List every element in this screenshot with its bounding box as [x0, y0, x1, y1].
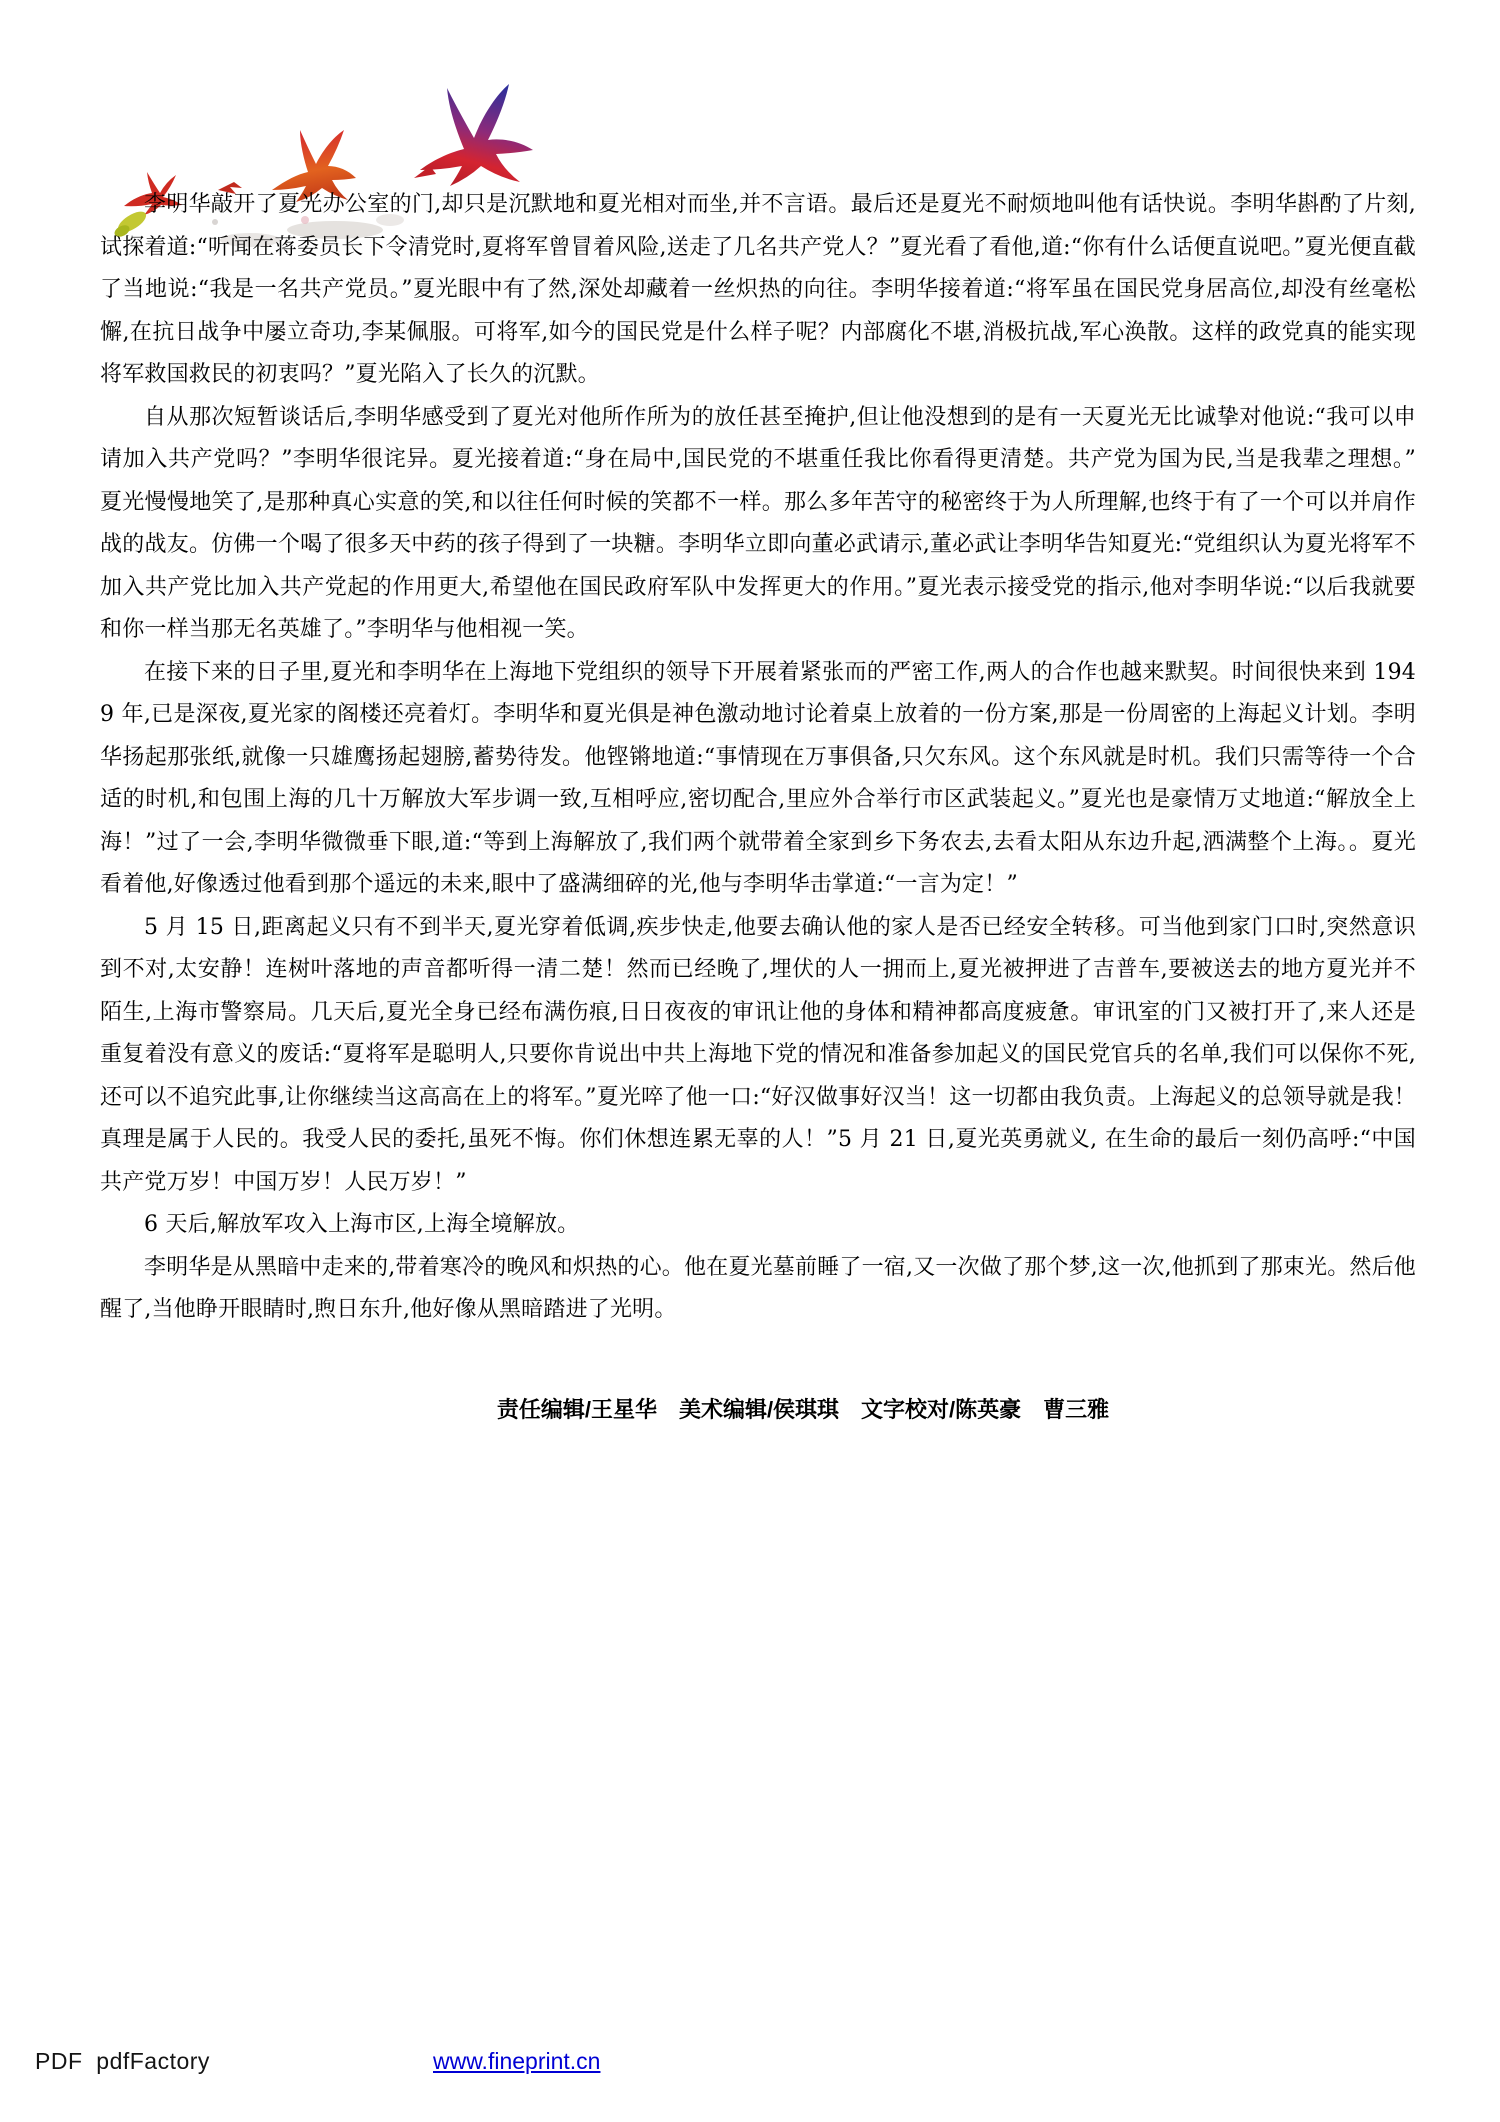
story-paragraph: 5 月 15 日,距离起义只有不到半天,夏光穿着低调,疾步快走,他要去确认他的家…: [100, 907, 1416, 1205]
credits-line: 责任编辑/王星华 美术编辑/侯琪琪 文字校对/陈英豪 曹三雅: [145, 1393, 1461, 1424]
story-paragraph: 在接下来的日子里,夏光和李明华在上海地下党组织的领导下开展着紧张而的严密工作,两…: [100, 652, 1416, 907]
story-paragraph: 自从那次短暂谈话后,李明华感受到了夏光对他所作所为的放任甚至掩护,但让他没想到的…: [100, 397, 1416, 652]
story-paragraph: 李明华是从黑暗中走来的,带着寒冷的晚风和炽热的心。他在夏光墓前睡了一宿,又一次做…: [100, 1247, 1416, 1332]
story-paragraph: 李明华敲开了夏光办公室的门,却只是沉默地和夏光相对而坐,并不言语。最后还是夏光不…: [100, 184, 1416, 397]
pdf-watermark-footer: PDF pdfFactory www.fineprint.cn: [0, 2048, 1500, 2088]
story-paragraph: 6 天后,解放军攻入上海市区,上海全境解放。: [100, 1204, 1416, 1247]
article-body: 李明华敲开了夏光办公室的门,却只是沉默地和夏光相对而坐,并不言语。最后还是夏光不…: [100, 184, 1416, 1332]
fineprint-link[interactable]: www.fineprint.cn: [433, 2048, 600, 2075]
pdf-generator-label: PDF pdfFactory: [35, 2048, 210, 2075]
large-bird-icon: [420, 84, 533, 186]
pdf-page: 李明华敲开了夏光办公室的门,却只是沉默地和夏光相对而坐,并不言语。最后还是夏光不…: [0, 0, 1500, 2122]
